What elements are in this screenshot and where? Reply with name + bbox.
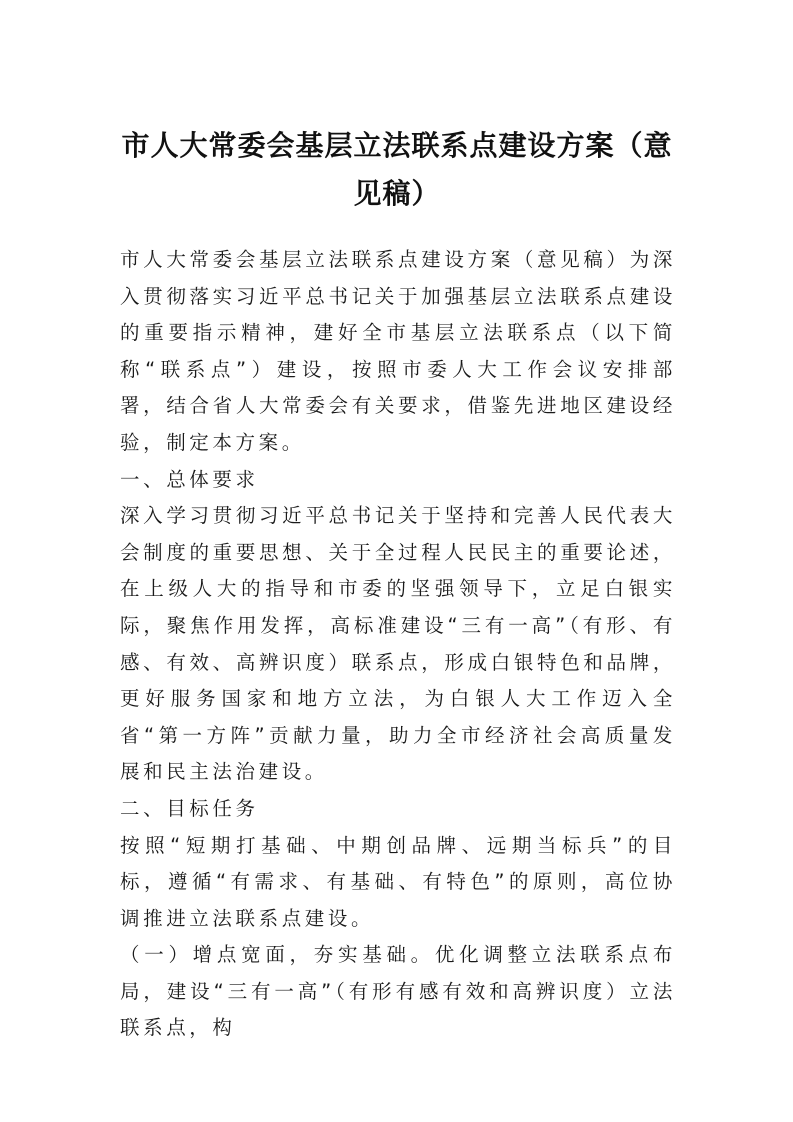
document-page: 市人大常委会基层立法联系点建设方案（意见稿） 市人大常委会基层立法联系点建设方案… <box>0 0 793 1122</box>
general-requirements-paragraph: 深入学习贯彻习近平总书记关于坚持和完善人民代表大会制度的重要思想、关于全过程人民… <box>120 498 676 791</box>
subsection-paragraph-1: （一）增点宽面，夯实基础。优化调整立法联系点布局，建设“三有一高”（有形有感有效… <box>120 937 676 1047</box>
section-heading-goals-tasks: 二、目标任务 <box>120 791 676 828</box>
intro-paragraph: 市人大常委会基层立法联系点建设方案（意见稿）为深入贯彻落实习近平总书记关于加强基… <box>120 242 676 462</box>
document-body: 市人大常委会基层立法联系点建设方案（意见稿）为深入贯彻落实习近平总书记关于加强基… <box>120 242 676 1047</box>
goals-paragraph: 按照“短期打基础、中期创品牌、远期当标兵”的目标，遵循“有需求、有基础、有特色”… <box>120 828 676 938</box>
document-title: 市人大常委会基层立法联系点建设方案（意见稿） <box>112 122 682 218</box>
section-heading-general-requirements: 一、总体要求 <box>120 462 676 499</box>
